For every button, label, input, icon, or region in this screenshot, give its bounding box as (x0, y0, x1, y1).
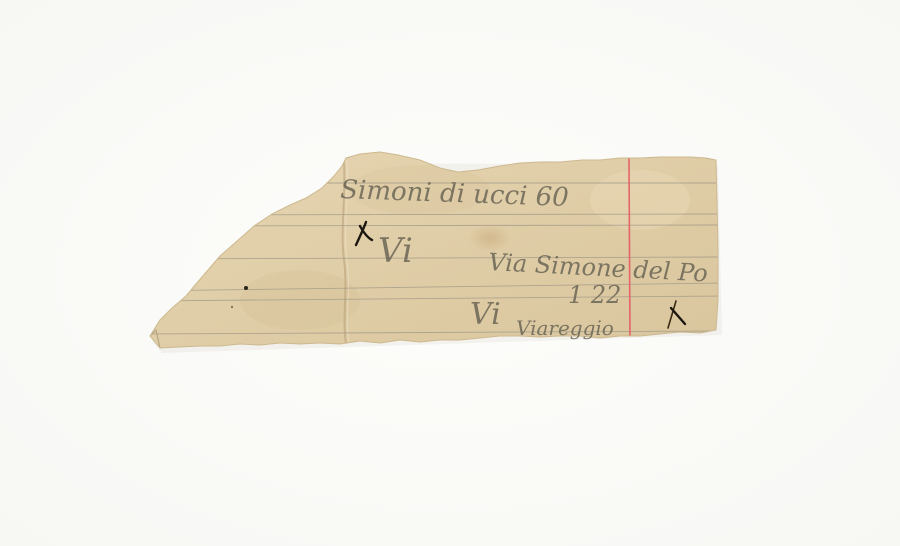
handwriting-line-2-prefix: Vi (378, 231, 413, 271)
handwriting-line-4: Viareggio (516, 316, 614, 340)
handwriting-line-3-left: Vi (470, 297, 501, 332)
handwriting-line-3-right: 1 22 (568, 281, 621, 309)
paper-fragment: Simoni di ucci 60 Vi Via Simone del Po V… (0, 0, 900, 546)
paper-body (140, 140, 740, 360)
margin-line (629, 158, 630, 340)
